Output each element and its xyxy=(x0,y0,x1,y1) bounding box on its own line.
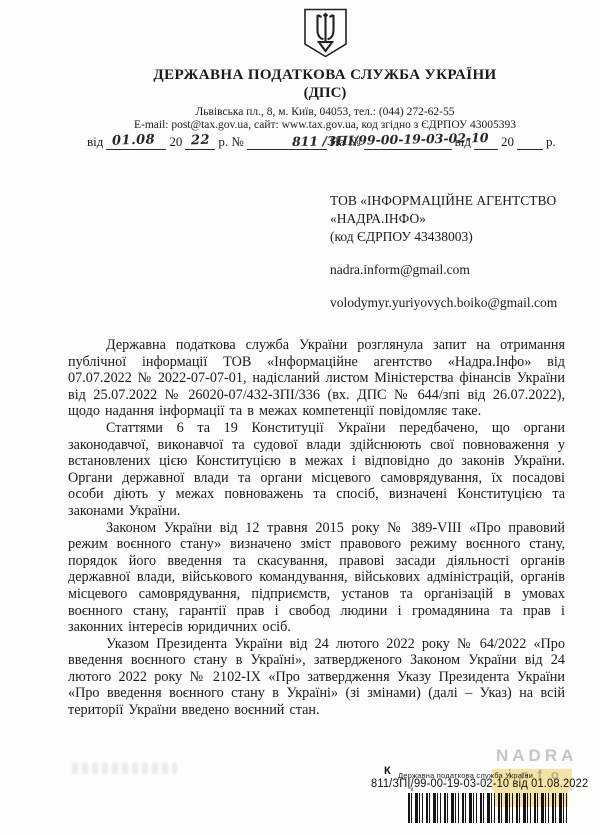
recipient-name-line1: ТОВ «ІНФОРМАЦІЙНЕ АГЕНТСТВО xyxy=(330,192,575,210)
reply-year-suffix: р. xyxy=(546,134,556,150)
scanned-letter-page: ДЕРЖАВНА ПОДАТКОВА СЛУЖБА УКРАЇНИ (ДПС) … xyxy=(0,0,599,836)
scan-artifact xyxy=(72,763,177,774)
paragraph: Державна податкова служба України розгля… xyxy=(68,337,565,420)
recipient-email-2: volodymyr.yuriyovych.boiko@gmail.com xyxy=(330,294,575,312)
reply-year-blank xyxy=(517,136,543,150)
org-abbreviation: (ДПС) xyxy=(55,85,595,102)
handwritten-year: 22 xyxy=(191,133,211,149)
reply-year-prefix: 20 xyxy=(501,134,514,150)
from-label: від xyxy=(87,134,103,150)
year-blank: 22 xyxy=(185,136,215,150)
yellow-highlight xyxy=(492,769,572,790)
paragraph: Статтями 6 та 19 Конституції України пер… xyxy=(68,420,565,520)
number-label: р. № xyxy=(218,134,243,150)
recipient-email-1: nadra.inform@gmail.com xyxy=(330,261,575,279)
org-name: ДЕРЖАВНА ПОДАТКОВА СЛУЖБА УКРАЇНИ xyxy=(55,67,595,84)
ukraine-trident-emblem-icon xyxy=(303,8,348,58)
paragraph: Законом України від 12 травня 2015 року … xyxy=(68,520,565,636)
recipient-block: ТОВ «ІНФОРМАЦІЙНЕ АГЕНТСТВО «НАДРА.ІНФО»… xyxy=(330,192,575,312)
year-prefix: 20 xyxy=(169,134,182,150)
recipient-name-line2: «НАДРА.ІНФО» xyxy=(330,210,575,228)
yellow-highlight xyxy=(494,790,568,807)
paragraph: Указом Президента України від 24 лютого … xyxy=(68,636,565,719)
handwritten-date: 01.08 xyxy=(112,132,156,148)
date-blank: 01.08 xyxy=(106,136,166,150)
letter-body: Державна податкова служба України розгля… xyxy=(68,337,565,719)
nadra-watermark: NADRA xyxy=(496,746,577,766)
letterhead: ДЕРЖАВНА ПОДАТКОВА СЛУЖБА УКРАЇНИ (ДПС) … xyxy=(55,8,595,131)
recipient-edrpou: (код ЄДРПОУ 43438003) xyxy=(330,228,575,246)
reference-line: від 01.08 20 22 р. № На № від 20 р. 811 … xyxy=(84,130,565,150)
org-address: Львівська пл., 8, м. Київ, 04053, тел.: … xyxy=(55,106,595,118)
k-mark: К xyxy=(384,765,391,777)
